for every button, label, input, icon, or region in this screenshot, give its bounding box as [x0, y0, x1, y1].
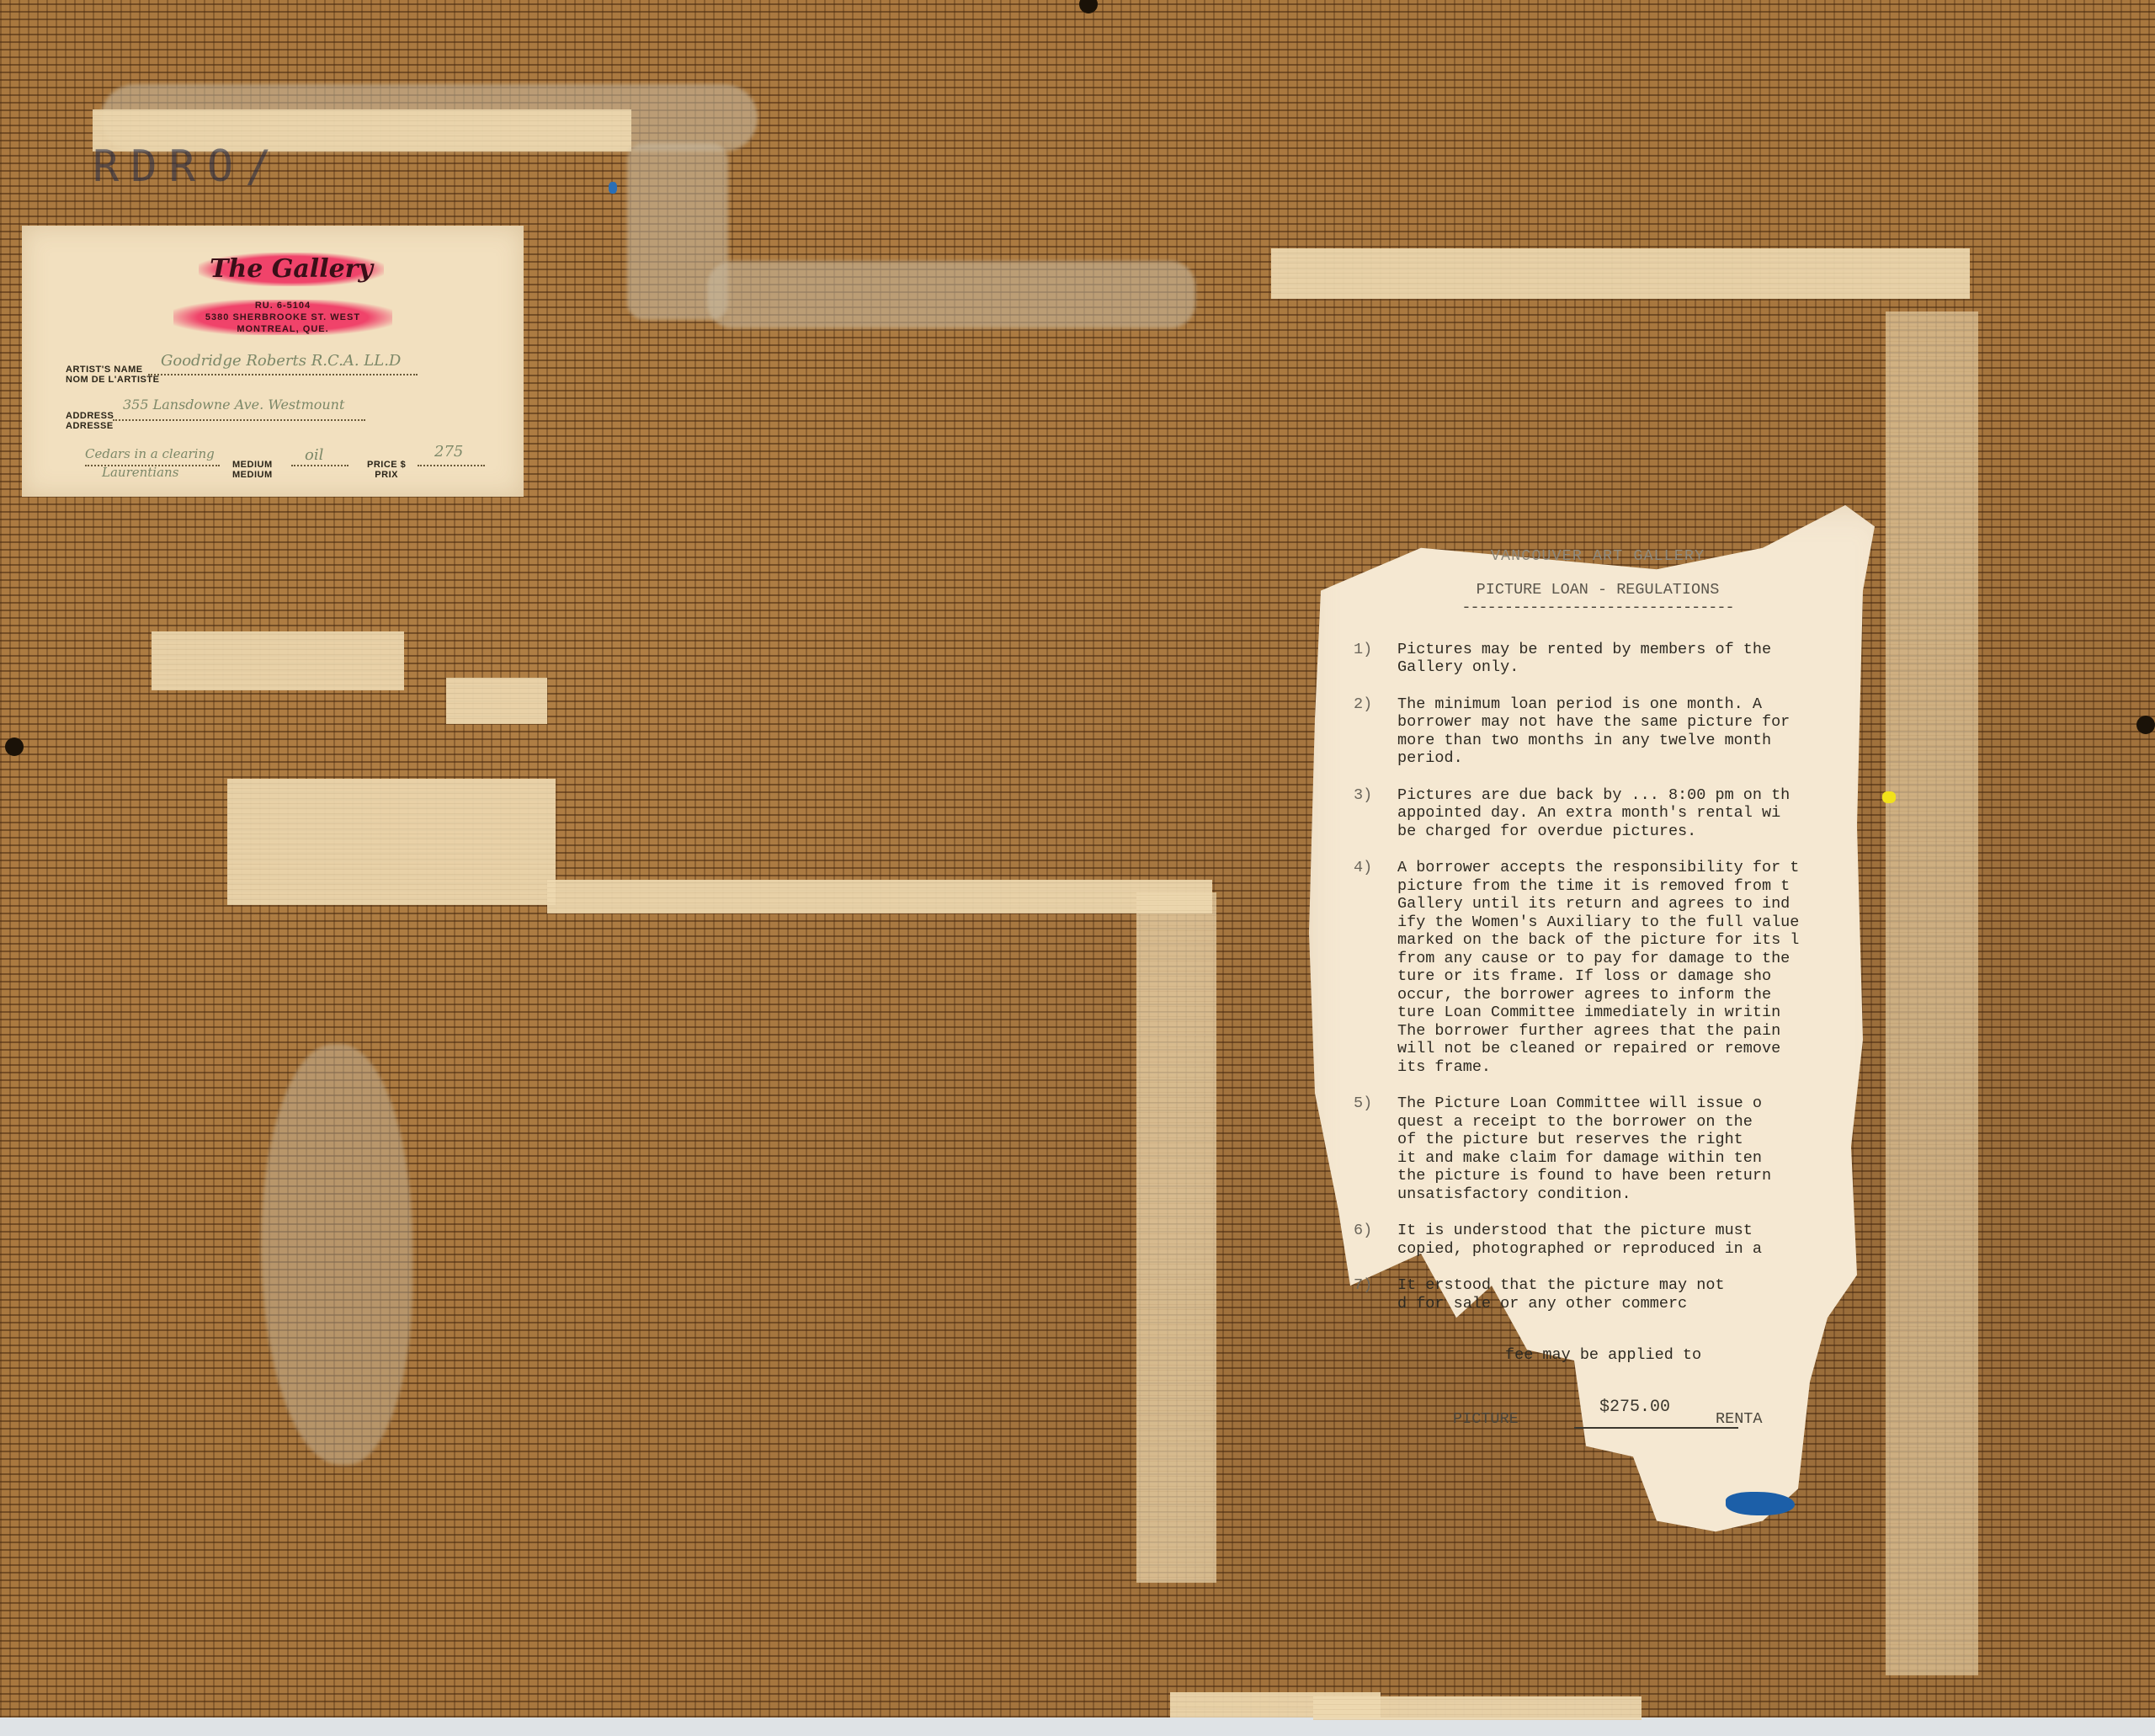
medium-value: oil: [305, 446, 323, 464]
address-label: ADDRESS ADRESSE: [66, 411, 114, 431]
gallery-street: 5380 SHERBROOKE ST. WEST: [173, 312, 392, 323]
rule-6: 6) It is understood that the picture mus…: [1354, 1222, 1842, 1258]
medium-label: MEDIUM MEDIUM: [232, 460, 273, 480]
loan-regulations-text: VANCOUVER ART GALLERY PICTURE LOAN - REG…: [1354, 547, 1842, 1449]
regulations-heading: PICTURE LOAN - REGULATIONS: [1354, 581, 1842, 599]
rule-7: 7) It erstood that the picture may not d…: [1354, 1276, 1842, 1313]
title-value-line2: Laurentians: [102, 465, 178, 480]
rule-5: 5) The Picture Loan Committee will issue…: [1354, 1094, 1842, 1203]
gallery-label-tag: The Gallery RU. 6-5104 5380 SHERBROOKE S…: [22, 226, 524, 497]
tape-strip-top-right: [1271, 248, 1970, 299]
artist-label: ARTIST'S NAME NOM DE L'ARTISTE: [66, 365, 159, 385]
price-value: 275: [434, 443, 463, 461]
nail-hole-right: [2136, 716, 2155, 734]
picture-label: PICTURE: [1453, 1410, 1519, 1429]
glue-residue-top-center: [707, 261, 1195, 328]
tape-strip-right-vertical: [1886, 312, 1978, 1675]
gallery-name: The Gallery: [199, 253, 384, 286]
price-underline: [1574, 1427, 1738, 1429]
price-label: PRICE $ PRIX: [367, 460, 406, 480]
gallery-phone: RU. 6-5104: [173, 300, 392, 312]
tape-strip-center-vertical: [1136, 892, 1216, 1583]
price-row: PICTURE $275.00 RENTA: [1354, 1398, 1842, 1449]
artist-line: [148, 374, 418, 375]
title-value-line1: Cedars in a clearing: [85, 446, 215, 461]
rule-4: 4) A borrower accepts the responsibility…: [1354, 859, 1842, 1076]
address-value: 355 Lansdowne Ave. Westmount: [123, 397, 344, 413]
rule-2: 2) The minimum loan period is one month.…: [1354, 695, 1842, 768]
address-line: [113, 419, 365, 421]
blue-paint-speck: [609, 182, 617, 194]
blue-ink-mark: [1726, 1492, 1795, 1515]
gallery-address: RU. 6-5104 5380 SHERBROOKE ST. WEST MONT…: [173, 300, 392, 335]
rule-1: 1) Pictures may be rented by members of …: [1354, 641, 1842, 677]
title-line: [85, 465, 220, 466]
picture-price: $275.00: [1599, 1398, 1670, 1417]
tape-strip-left-2: [446, 678, 547, 724]
tape-strip-center-horizontal: [547, 880, 1212, 913]
tape-strip-bottom-2: [1313, 1696, 1642, 1720]
fee-text: fee may be applied to: [1354, 1346, 1842, 1365]
artist-value: Goodridge Roberts R.C.A. LL.D: [161, 352, 401, 370]
tape-strip-left-3: [227, 779, 556, 905]
medium-line: [291, 465, 349, 466]
price-line: [418, 465, 485, 466]
rule-3: 3) Pictures are due back by ... 8:00 pm …: [1354, 786, 1842, 841]
rental-label: RENTA: [1716, 1410, 1763, 1429]
tape-strip-left-1: [152, 631, 404, 690]
regulations-org: VANCOUVER ART GALLERY: [1354, 547, 1842, 566]
nail-hole-left: [5, 738, 24, 756]
gallery-city: MONTREAL, QUE.: [173, 323, 392, 335]
yellow-paint-speck: [1882, 791, 1896, 803]
regulations-divider: --------------------------------: [1354, 599, 1842, 617]
pencil-stamp-marks: RDRO/: [93, 141, 284, 192]
